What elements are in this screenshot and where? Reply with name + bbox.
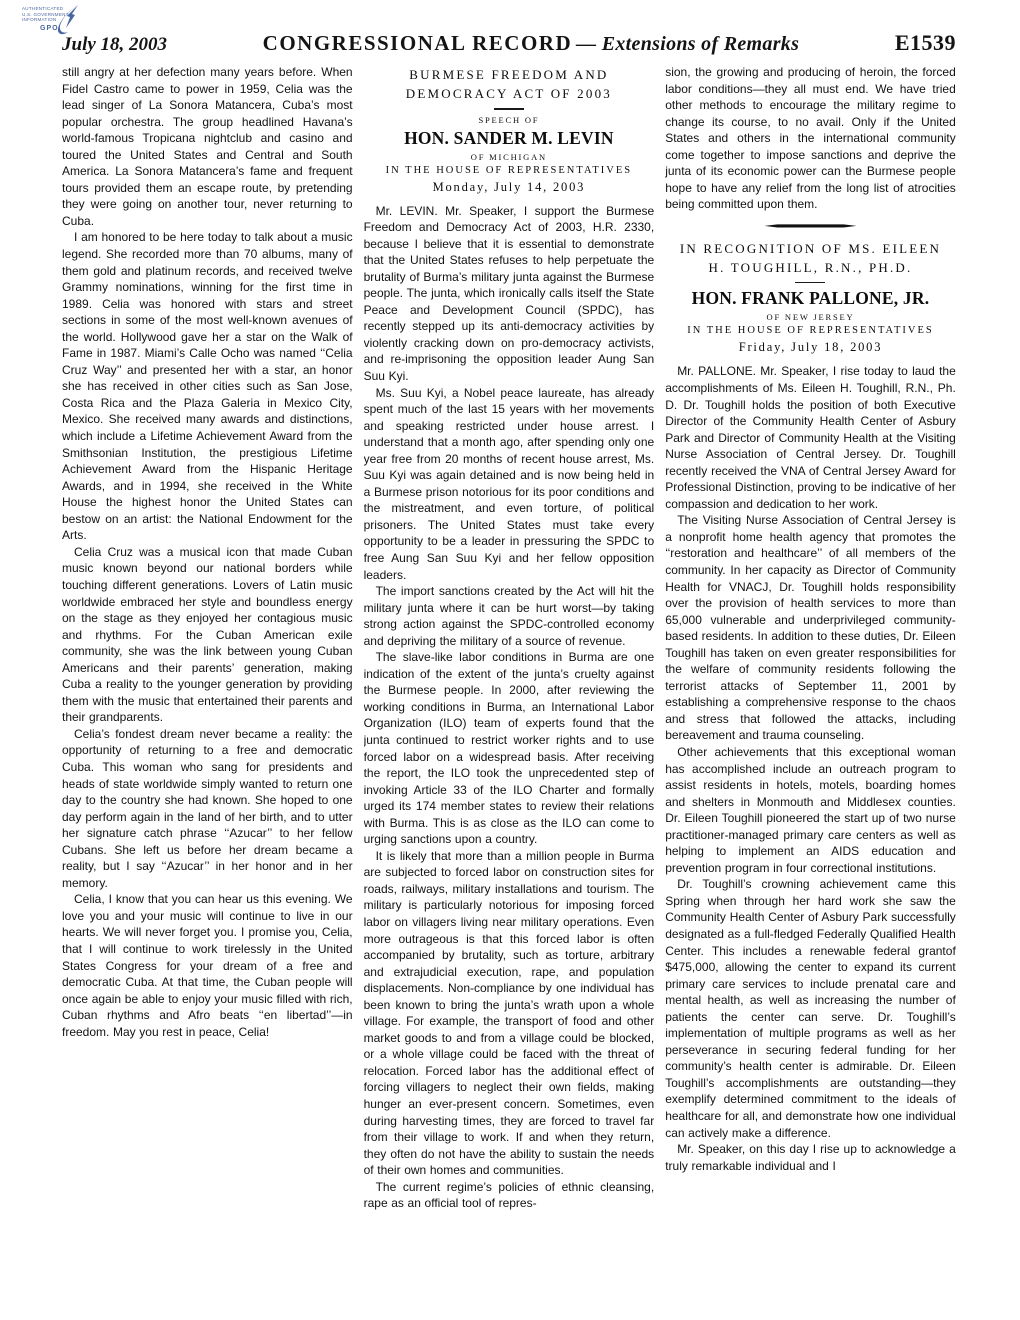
paragraph: Ms. Suu Kyi, a Nobel peace laureate, has…: [364, 385, 655, 584]
speaker-state: OF MICHIGAN: [364, 152, 655, 162]
record-title: CONGRESSIONAL RECORD: [263, 31, 572, 55]
chamber-line: IN THE HOUSE OF REPRESENTATIVES: [665, 325, 956, 336]
paragraph: Celia, I know that you can hear us this …: [62, 891, 353, 1040]
speech-of-label: SPEECH OF: [364, 115, 655, 125]
paragraph: Celia’s fondest dream never became a rea…: [62, 726, 353, 891]
paragraph-continuation: sion, the growing and producing of heroi…: [665, 64, 956, 213]
paragraph: Mr. PALLONE. Mr. Speaker, I rise today t…: [665, 363, 956, 512]
paragraph: Celia Cruz was a musical icon that made …: [62, 544, 353, 726]
speaker-name: HON. FRANK PALLONE, JR.: [665, 288, 956, 309]
speech-date: Monday, July 14, 2003: [364, 180, 655, 195]
page-body: still angry at her defection many years …: [62, 64, 956, 1264]
article-title-line-2: DEMOCRACY ACT OF 2003: [364, 85, 655, 102]
paragraph: Mr. LEVIN. Mr. Speaker, I support the Bu…: [364, 203, 655, 385]
paragraph: Other achievements that this exceptional…: [665, 744, 956, 876]
speaker-name: HON. SANDER M. LEVIN: [364, 128, 655, 149]
column-3-toughill-recognition: sion, the growing and producing of heroi…: [665, 64, 956, 1264]
paragraph: The Visiting Nurse Association of Centra…: [665, 512, 956, 744]
page-number: E1539: [895, 30, 956, 56]
paragraph: It is likely that more than a million pe…: [364, 848, 655, 1179]
page-header: July 18, 2003 CONGRESSIONAL RECORD — Ext…: [62, 30, 956, 56]
article-title-line-1: IN RECOGNITION OF MS. EILEEN: [665, 240, 956, 257]
article-heading-toughill: IN RECOGNITION OF MS. EILEEN H. TOUGHILL…: [665, 240, 956, 356]
paragraph: still angry at her defection many years …: [62, 64, 353, 229]
record-subtitle: — Extensions of Remarks: [576, 33, 799, 55]
paragraph: I am honored to be here today to talk ab…: [62, 229, 353, 543]
speech-date: Friday, July 18, 2003: [665, 340, 956, 355]
paragraph: The import sanctions created by the Act …: [364, 583, 655, 649]
paragraph: Dr. Toughill’s crowning achievement came…: [665, 876, 956, 1141]
paragraph: The slave-like labor conditions in Burma…: [364, 649, 655, 848]
header-title-group: CONGRESSIONAL RECORD — Extensions of Rem…: [167, 31, 895, 56]
paragraph: The current regime’s policies of ethnic …: [364, 1179, 655, 1212]
column-2-burma-speech: BURMESE FREEDOM AND DEMOCRACY ACT OF 200…: [364, 64, 655, 1264]
article-heading-burmese-act: BURMESE FREEDOM AND DEMOCRACY ACT OF 200…: [364, 66, 655, 195]
heading-rule: [494, 108, 524, 110]
heading-rule: [795, 282, 825, 284]
speaker-state: OF NEW JERSEY: [665, 312, 956, 322]
header-date: July 18, 2003: [62, 34, 167, 56]
article-title-line-1: BURMESE FREEDOM AND: [364, 66, 655, 83]
paragraph: Mr. Speaker, on this day I rise up to ac…: [665, 1141, 956, 1174]
article-title-line-2: H. TOUGHILL, R.N., PH.D.: [665, 259, 956, 276]
chamber-line: IN THE HOUSE OF REPRESENTATIVES: [364, 165, 655, 176]
column-1-celia-cruz-continuation: still angry at her defection many years …: [62, 64, 353, 1264]
article-separator-rule: [764, 224, 856, 228]
